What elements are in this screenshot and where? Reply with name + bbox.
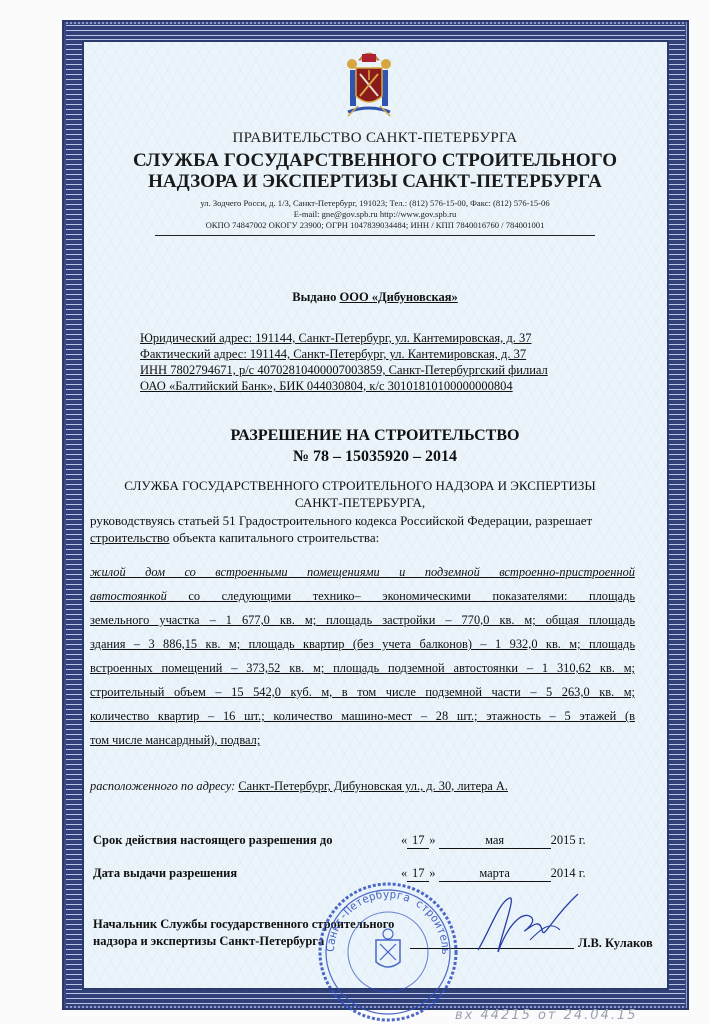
issued-to-label: Выдано: [292, 290, 339, 304]
validity-year: 2015 г.: [551, 833, 586, 847]
authority-name-line1: СЛУЖБА ГОСУДАРСТВЕННОГО СТРОИТЕЛЬНОГО НА…: [90, 477, 630, 494]
permit-action-type: строительство: [90, 530, 169, 545]
description-line: автостоянкой со следующими технико– экон…: [90, 584, 635, 608]
header-divider: [155, 235, 595, 236]
bank-account: ИНН 7802794671, р/с 40702810400007003859…: [140, 362, 620, 378]
description-line: жилой дом со встроенными помещениями и п…: [90, 560, 635, 584]
government-name: ПРАВИТЕЛЬСТВО САНКТ-ПЕТЕРБУРГА: [120, 130, 630, 147]
permit-basis: руководствуясь статьей 51 Градостроитель…: [90, 512, 635, 546]
description-line: строительный объем – 15 542,0 куб. м, в …: [90, 680, 635, 704]
bank-details: ОАО «Балтийский Банк», БИК 044030804, к/…: [140, 378, 620, 394]
permit-action: строительство объекта капитального строи…: [90, 529, 635, 546]
permit-title: РАЗРЕШЕНИЕ НА СТРОИТЕЛЬСТВО: [100, 425, 650, 446]
issued-to-company: ООО «Дибуновская»: [340, 290, 458, 304]
description-line: земельного участка – 1 677,0 кв. м; площ…: [90, 608, 635, 632]
location-value: Санкт-Петербург, Дибуновская ул., д. 30,…: [238, 779, 508, 793]
organization-address: ул. Зодчего Росси, д. 1/3, Санкт-Петербу…: [140, 198, 610, 209]
permit-title-block: РАЗРЕШЕНИЕ НА СТРОИТЕЛЬСТВО № 78 – 15035…: [100, 425, 650, 467]
coat-of-arms-icon: [344, 44, 394, 118]
validity-day: 17: [407, 833, 429, 849]
signature-icon: [470, 890, 580, 960]
description-line: встроенных помещений – 373,52 кв. м; пло…: [90, 656, 635, 680]
legal-basis: руководствуясь статьей 51 Градостроитель…: [90, 512, 635, 529]
permit-number: № 78 – 15035920 – 2014: [100, 446, 650, 467]
description-line: здания – 3 886,15 кв. м; площадь квартир…: [90, 632, 635, 656]
organization-name: СЛУЖБА ГОСУДАРСТВЕННОГО СТРОИТЕЛЬНОГО НА…: [110, 150, 640, 192]
authority-name-line2: САНКТ-ПЕТЕРБУРГА,: [90, 494, 630, 511]
validity-month: мая: [439, 833, 551, 849]
object-location: расположенного по адресу: Санкт-Петербур…: [90, 779, 635, 794]
company-details: Юридический адрес: 191144, Санкт-Петербу…: [140, 330, 620, 394]
issue-date-label: Дата выдачи разрешения: [93, 866, 237, 881]
description-line: количество квартир – 16 шт.; количество …: [90, 704, 635, 728]
description-line: том числе мансардный), подвал;: [90, 728, 635, 752]
issue-year: 2014 г.: [551, 866, 586, 880]
permit-action-object: объекта капитального строительства:: [169, 530, 379, 545]
location-label: расположенного по адресу:: [90, 779, 238, 793]
organization-registry-codes: ОКПО 74847002 ОКОГУ 23900; ОГРН 10478390…: [140, 220, 610, 231]
organization-name-line1: СЛУЖБА ГОСУДАРСТВЕННОГО СТРОИТЕЛЬНОГО: [110, 150, 640, 171]
issued-to: Выдано ООО «Дибуновская»: [100, 290, 650, 305]
validity-label: Срок действия настоящего разрешения до: [93, 833, 332, 848]
official-stamp-icon: Санкт-Петербурга строительного: [316, 880, 460, 1024]
legal-address: Юридический адрес: 191144, Санкт-Петербу…: [140, 330, 620, 346]
organization-name-line2: НАДЗОРА И ЭКСПЕРТИЗЫ САНКТ-ПЕТЕРБУРГА: [110, 171, 640, 192]
signatory-name: Л.В. Кулаков: [578, 936, 653, 951]
svg-text:Санкт-Петербурга строительного: Санкт-Петербурга строительного: [316, 880, 452, 955]
object-description: жилой дом со встроенными помещениями и п…: [90, 560, 635, 752]
authority-name: СЛУЖБА ГОСУДАРСТВЕННОГО СТРОИТЕЛЬНОГО НА…: [90, 477, 630, 511]
validity-date: «17» мая2015 г.: [401, 833, 586, 849]
organization-email-web: E-mail: gne@gov.spb.ru http://www.gov.sp…: [140, 209, 610, 220]
actual-address: Фактический адрес: 191144, Санкт-Петербу…: [140, 346, 620, 362]
organization-contacts: ул. Зодчего Росси, д. 1/3, Санкт-Петербу…: [140, 198, 610, 231]
handwritten-registration-note: вх 44215 от 24.04.15: [455, 1008, 638, 1023]
